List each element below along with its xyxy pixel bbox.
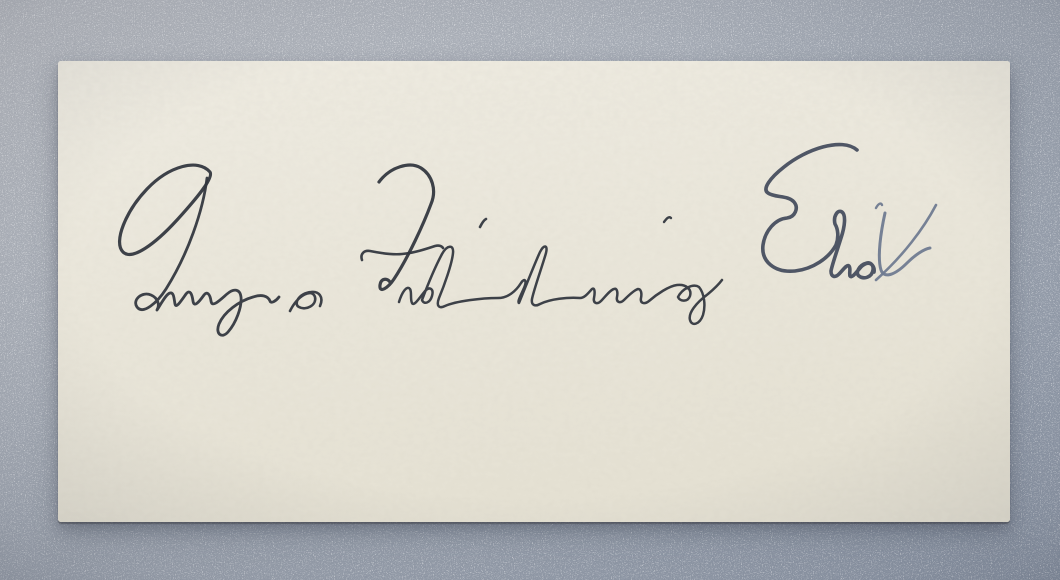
- autograph-card: [58, 61, 1010, 522]
- signature: [58, 61, 1010, 522]
- photo-scene: [0, 0, 1060, 580]
